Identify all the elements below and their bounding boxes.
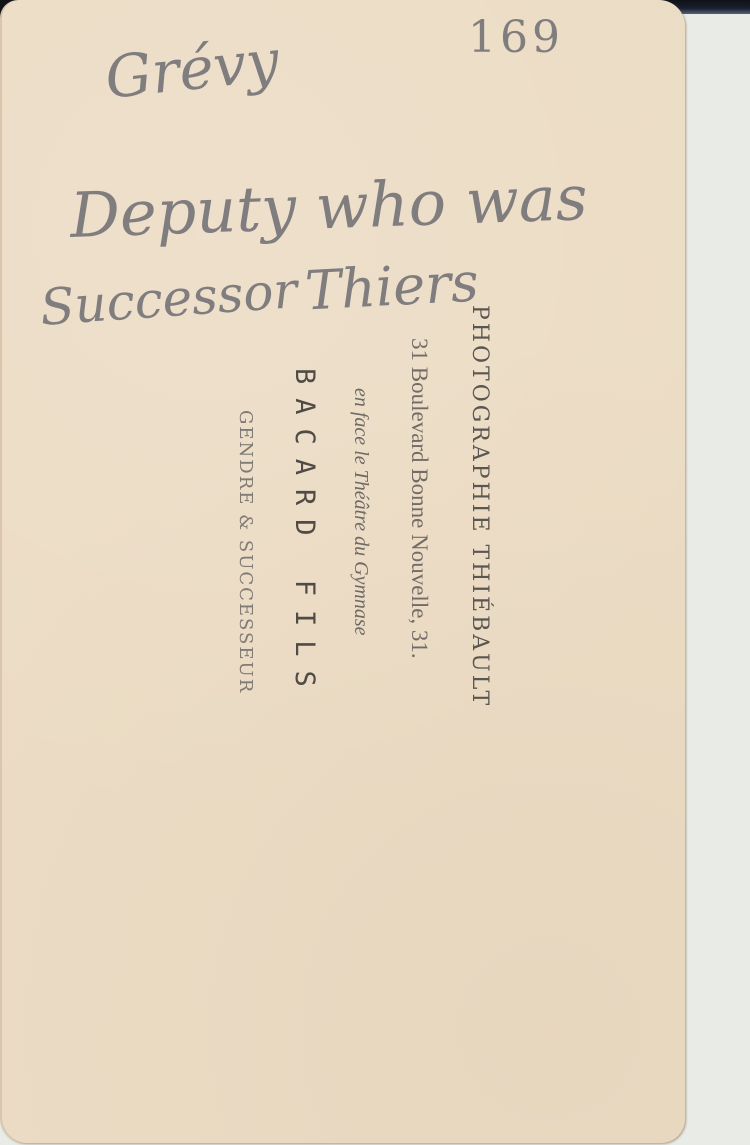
printed-address: 31 Boulevard Bonne Nouvelle, 31. xyxy=(406,338,432,659)
handwritten-note-line-3-right: Thiers xyxy=(303,251,480,323)
photo-card-back: 169 Grévy Deputy who was Successor Thier… xyxy=(0,0,685,1143)
handwritten-note-line-2: Deputy who was xyxy=(69,161,589,252)
handwritten-name: Grévy xyxy=(102,26,282,112)
printed-brand: BACARD FILS xyxy=(289,368,320,701)
handwritten-note-line-3-left: Successor xyxy=(38,261,299,337)
handwritten-catalog-number: 169 xyxy=(468,12,564,63)
printed-tagline: en face le Théâtre du Gymnase xyxy=(349,388,372,636)
printed-successor: GENDRE & SUCCESSEUR xyxy=(235,410,256,694)
printed-studio-name: PHOTOGRAPHIE THIÉBAULT xyxy=(467,305,492,708)
